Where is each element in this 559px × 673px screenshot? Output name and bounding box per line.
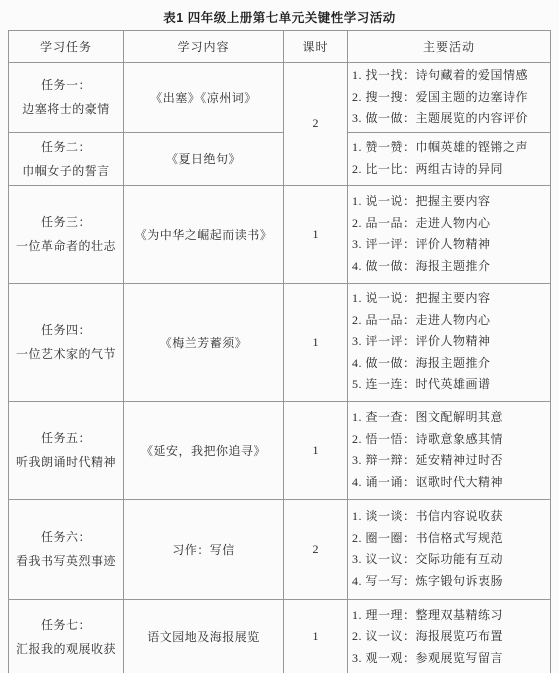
- activity-item: 2. 搜一搜：爱国主题的边塞诗作: [352, 87, 546, 109]
- document-page: 表1 四年级上册第七单元关键性学习活动 学习任务 学习内容 课时 主要活动 任务…: [0, 0, 559, 673]
- content-cell: 《延安，我把你追寻》: [124, 401, 284, 499]
- activity-item: 2. 品一品：走进人物内心: [352, 310, 546, 332]
- activity-item: 1. 说一说：把握主要内容: [352, 288, 546, 310]
- task-name: 听我朗诵时代精神: [13, 450, 119, 474]
- table-row: 任务六： 看我书写英烈事迹 习作：写信 2 1. 谈一谈：书信内容说收获 2. …: [9, 499, 551, 599]
- table-row: 任务一： 边塞将士的豪情 《出塞》《凉州词》 2 1. 找一找：诗句藏着的爱国情…: [9, 63, 551, 133]
- hours-cell: 1: [284, 185, 348, 283]
- content-cell: 习作：写信: [124, 499, 284, 599]
- content-cell: 《为中华之崛起而读书》: [124, 185, 284, 283]
- task-cell: 任务四： 一位艺术家的气节: [9, 283, 124, 401]
- activity-item: 2. 品一品：走进人物内心: [352, 213, 546, 235]
- activities-cell: 1. 找一找：诗句藏着的爱国情感 2. 搜一搜：爱国主题的边塞诗作 3. 做一做…: [348, 63, 551, 133]
- activity-item: 3. 观一观：参观展览写留言: [352, 648, 546, 670]
- activity-item: 2. 圈一圈：书信格式写规范: [352, 528, 546, 550]
- activity-item: 1. 理一理：整理双基精练习: [352, 605, 546, 627]
- task-label: 任务七：: [13, 613, 119, 637]
- activity-item: 4. 写一写：炼字锻句诉衷肠: [352, 571, 546, 593]
- activities-cell: 1. 说一说：把握主要内容 2. 品一品：走进人物内心 3. 评一评：评价人物精…: [348, 185, 551, 283]
- activity-item: 4. 做一做：海报主题推介: [352, 353, 546, 375]
- task-label: 任务五：: [13, 426, 119, 450]
- task-label: 任务二：: [13, 135, 119, 159]
- task-name: 汇报我的观展收获: [13, 637, 119, 661]
- table-row: 任务四： 一位艺术家的气节 《梅兰芳蓄须》 1 1. 说一说：把握主要内容 2.…: [9, 283, 551, 401]
- task-label: 任务六：: [13, 525, 119, 549]
- activities-cell: 1. 查一查：图文配解明其意 2. 悟一悟：诗歌意象感其情 3. 辩一辩：延安精…: [348, 401, 551, 499]
- activity-item: 1. 赞一赞：巾帼英雄的铿锵之声: [352, 137, 546, 159]
- task-cell: 任务五： 听我朗诵时代精神: [9, 401, 124, 499]
- activity-item: 1. 找一找：诗句藏着的爱国情感: [352, 65, 546, 87]
- task-label: 任务三：: [13, 210, 119, 234]
- task-label: 任务一：: [13, 73, 119, 97]
- activity-item: 1. 说一说：把握主要内容: [352, 191, 546, 213]
- task-name: 巾帼女子的誓言: [13, 159, 119, 183]
- activity-item: 2. 悟一悟：诗歌意象感其情: [352, 429, 546, 451]
- content-cell: 《夏日绝句》: [124, 132, 284, 185]
- hours-cell: 1: [284, 401, 348, 499]
- activity-item: 3. 评一评：评价人物精神: [352, 331, 546, 353]
- hours-cell: 2: [284, 499, 348, 599]
- task-name: 边塞将士的豪情: [13, 97, 119, 121]
- activity-item: 2. 比一比：两组古诗的异同: [352, 159, 546, 181]
- activities-cell: 1. 说一说：把握主要内容 2. 品一品：走进人物内心 3. 评一评：评价人物精…: [348, 283, 551, 401]
- task-cell: 任务三： 一位革命者的壮志: [9, 185, 124, 283]
- header-row: 学习任务 学习内容 课时 主要活动: [9, 31, 551, 63]
- hours-cell-merged: 2: [284, 63, 348, 186]
- task-cell: 任务一： 边塞将士的豪情: [9, 63, 124, 133]
- activity-item: 3. 评一评：评价人物精神: [352, 234, 546, 256]
- activity-item: 1. 查一查：图文配解明其意: [352, 407, 546, 429]
- table-row: 任务七： 汇报我的观展收获 语文园地及海报展览 1 1. 理一理：整理双基精练习…: [9, 599, 551, 673]
- task-cell: 任务六： 看我书写英烈事迹: [9, 499, 124, 599]
- activity-item: 4. 做一做：海报主题推介: [352, 256, 546, 278]
- activity-item: 4. 诵一诵：讴歌时代大精神: [352, 472, 546, 494]
- activity-item: 3. 做一做：主题展览的内容评价: [352, 108, 546, 130]
- col-header-hours: 课时: [284, 31, 348, 63]
- table-caption: 表1 四年级上册第七单元关键性学习活动: [0, 0, 559, 26]
- activity-item: 2. 议一议：海报展览巧布置: [352, 626, 546, 648]
- hours-cell: 1: [284, 599, 348, 673]
- table-row: 任务五： 听我朗诵时代精神 《延安，我把你追寻》 1 1. 查一查：图文配解明其…: [9, 401, 551, 499]
- col-header-task: 学习任务: [9, 31, 124, 63]
- task-name: 一位革命者的壮志: [13, 234, 119, 258]
- activity-item: 3. 议一议：交际功能有互动: [352, 549, 546, 571]
- activities-cell: 1. 理一理：整理双基精练习 2. 议一议：海报展览巧布置 3. 观一观：参观展…: [348, 599, 551, 673]
- activity-item: 5. 连一连：时代英雄画谱: [352, 374, 546, 396]
- learning-activities-table: 学习任务 学习内容 课时 主要活动 任务一： 边塞将士的豪情 《出塞》《凉州词》…: [8, 30, 551, 673]
- task-label: 任务四：: [13, 318, 119, 342]
- activities-cell: 1. 谈一谈：书信内容说收获 2. 圈一圈：书信格式写规范 3. 议一议：交际功…: [348, 499, 551, 599]
- content-cell: 《梅兰芳蓄须》: [124, 283, 284, 401]
- content-cell: 语文园地及海报展览: [124, 599, 284, 673]
- table-row: 任务二： 巾帼女子的誓言 《夏日绝句》 1. 赞一赞：巾帼英雄的铿锵之声 2. …: [9, 132, 551, 185]
- content-cell: 《出塞》《凉州词》: [124, 63, 284, 133]
- activity-item: 3. 辩一辩：延安精神过时否: [352, 450, 546, 472]
- task-name: 一位艺术家的气节: [13, 342, 119, 366]
- task-cell: 任务二： 巾帼女子的誓言: [9, 132, 124, 185]
- task-cell: 任务七： 汇报我的观展收获: [9, 599, 124, 673]
- hours-cell: 1: [284, 283, 348, 401]
- table-row: 任务三： 一位革命者的壮志 《为中华之崛起而读书》 1 1. 说一说：把握主要内…: [9, 185, 551, 283]
- task-name: 看我书写英烈事迹: [13, 549, 119, 573]
- activities-cell: 1. 赞一赞：巾帼英雄的铿锵之声 2. 比一比：两组古诗的异同: [348, 132, 551, 185]
- activity-item: 1. 谈一谈：书信内容说收获: [352, 506, 546, 528]
- col-header-content: 学习内容: [124, 31, 284, 63]
- col-header-activities: 主要活动: [348, 31, 551, 63]
